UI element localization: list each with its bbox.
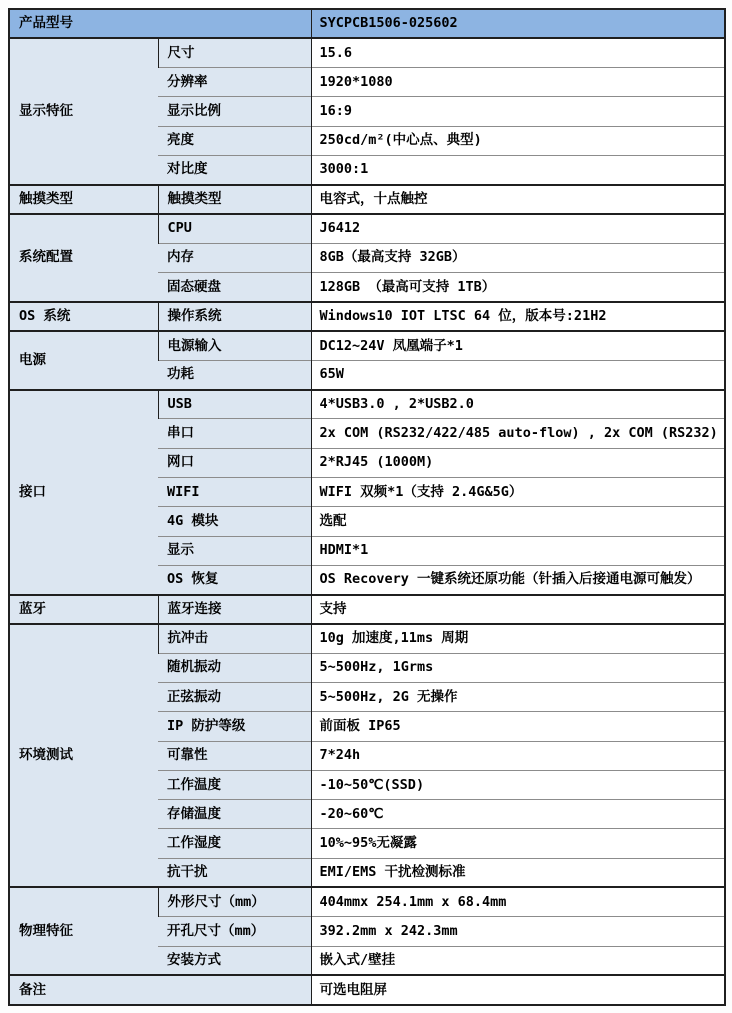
spec-name-cell: 开孔尺寸（mm）: [158, 917, 311, 946]
spec-value-cell: 1920*1080: [311, 68, 725, 97]
spec-name-cell: 尺寸: [158, 38, 311, 67]
spec-name-cell: 抗干扰: [158, 858, 311, 887]
category-cell: 显示特征: [9, 38, 158, 184]
spec-row: OS 系统操作系统Windows10 IOT LTSC 64 位，版本号:21H…: [9, 302, 725, 331]
spec-value-cell: 10%~95%无凝露: [311, 829, 725, 858]
spec-value-cell: 支持: [311, 595, 725, 624]
category-cell: 触摸类型: [9, 185, 158, 214]
spec-value-cell: 2*RJ45 (1000M): [311, 448, 725, 477]
product-model-label: 产品型号: [9, 9, 311, 38]
spec-value-cell: 15.6: [311, 38, 725, 67]
spec-name-cell: 可靠性: [158, 741, 311, 770]
spec-row: 蓝牙蓝牙连接支持: [9, 595, 725, 624]
spec-value-cell: 5~500Hz, 2G 无操作: [311, 682, 725, 711]
spec-name-cell: 亮度: [158, 126, 311, 155]
spec-value-cell: WIFI 双频*1（支持 2.4G&5G）: [311, 478, 725, 507]
spec-value-cell: HDMI*1: [311, 536, 725, 565]
spec-row: 触摸类型触摸类型电容式，十点触控: [9, 185, 725, 214]
spec-name-cell: 分辨率: [158, 68, 311, 97]
spec-value-cell: 392.2mm x 242.3mm: [311, 917, 725, 946]
spec-name-cell: 显示比例: [158, 97, 311, 126]
spec-name-cell: 对比度: [158, 155, 311, 184]
spec-name-cell: CPU: [158, 214, 311, 243]
spec-value-cell: 250cd/m²(中心点、典型): [311, 126, 725, 155]
spec-value-cell: 8GB（最高支持 32GB）: [311, 243, 725, 272]
spec-value-cell: OS Recovery 一键系统还原功能（针插入后接通电源可触发）: [311, 565, 725, 594]
spec-name-cell: 触摸类型: [158, 185, 311, 214]
spec-name-cell: 正弦振动: [158, 682, 311, 711]
spec-value-cell: 电容式，十点触控: [311, 185, 725, 214]
spec-row: 电源电源输入DC12~24V 凤凰端子*1: [9, 331, 725, 360]
spec-name-cell: WIFI: [158, 478, 311, 507]
category-cell: 物理特征: [9, 887, 158, 975]
spec-value-cell: 128GB （最高可支持 1TB）: [311, 273, 725, 302]
spec-name-cell: 随机振动: [158, 653, 311, 682]
spec-name-cell: 串口: [158, 419, 311, 448]
spec-name-cell: 工作湿度: [158, 829, 311, 858]
spec-value-cell: 65W: [311, 360, 725, 389]
spec-name-cell: 蓝牙连接: [158, 595, 311, 624]
spec-name-cell: 存储温度: [158, 800, 311, 829]
remark-row: 备注可选电阻屏: [9, 975, 725, 1005]
spec-table: 产品型号SYCPCB1506-025602显示特征尺寸15.6分辨率1920*1…: [8, 8, 726, 1006]
category-cell: 环境测试: [9, 624, 158, 888]
spec-name-cell: 抗冲击: [158, 624, 311, 653]
spec-value-cell: EMI/EMS 干扰检测标准: [311, 858, 725, 887]
spec-value-cell: 5~500Hz, 1Grms: [311, 653, 725, 682]
product-model-value: SYCPCB1506-025602: [311, 9, 725, 38]
spec-name-cell: USB: [158, 390, 311, 419]
spec-name-cell: 工作温度: [158, 770, 311, 799]
spec-value-cell: 嵌入式/壁挂: [311, 946, 725, 975]
spec-row: 物理特征外形尺寸（mm）404mmx 254.1mm x 68.4mm: [9, 887, 725, 916]
spec-value-cell: 404mmx 254.1mm x 68.4mm: [311, 887, 725, 916]
category-cell: 蓝牙: [9, 595, 158, 624]
spec-name-cell: 操作系统: [158, 302, 311, 331]
category-cell: OS 系统: [9, 302, 158, 331]
page: { "colors": { "header_bg": "#8db4e2", "l…: [0, 0, 732, 1013]
spec-row: 接口USB4*USB3.0 , 2*USB2.0: [9, 390, 725, 419]
spec-value-cell: 3000:1: [311, 155, 725, 184]
spec-row: 显示特征尺寸15.6: [9, 38, 725, 67]
spec-name-cell: 固态硬盘: [158, 273, 311, 302]
spec-name-cell: 网口: [158, 448, 311, 477]
category-cell: 系统配置: [9, 214, 158, 302]
spec-value-cell: 2x COM (RS232/422/485 auto-flow) , 2x CO…: [311, 419, 725, 448]
spec-name-cell: 安装方式: [158, 946, 311, 975]
spec-value-cell: 4*USB3.0 , 2*USB2.0: [311, 390, 725, 419]
spec-value-cell: 16:9: [311, 97, 725, 126]
product-model-row: 产品型号SYCPCB1506-025602: [9, 9, 725, 38]
spec-value-cell: Windows10 IOT LTSC 64 位，版本号:21H2: [311, 302, 725, 331]
remark-label: 备注: [9, 975, 311, 1005]
spec-name-cell: OS 恢复: [158, 565, 311, 594]
category-cell: 电源: [9, 331, 158, 390]
spec-name-cell: IP 防护等级: [158, 712, 311, 741]
spec-name-cell: 功耗: [158, 360, 311, 389]
spec-value-cell: 前面板 IP65: [311, 712, 725, 741]
spec-name-cell: 电源输入: [158, 331, 311, 360]
spec-name-cell: 内存: [158, 243, 311, 272]
spec-value-cell: 选配: [311, 507, 725, 536]
spec-table-body: 产品型号SYCPCB1506-025602显示特征尺寸15.6分辨率1920*1…: [9, 9, 725, 1005]
spec-value-cell: 7*24h: [311, 741, 725, 770]
spec-name-cell: 显示: [158, 536, 311, 565]
spec-value-cell: J6412: [311, 214, 725, 243]
spec-value-cell: DC12~24V 凤凰端子*1: [311, 331, 725, 360]
spec-value-cell: -20~60℃: [311, 800, 725, 829]
spec-row: 环境测试抗冲击10g 加速度,11ms 周期: [9, 624, 725, 653]
spec-sheet: 产品型号SYCPCB1506-025602显示特征尺寸15.6分辨率1920*1…: [8, 8, 724, 1006]
spec-name-cell: 外形尺寸（mm）: [158, 887, 311, 916]
spec-value-cell: -10~50℃(SSD): [311, 770, 725, 799]
spec-name-cell: 4G 模块: [158, 507, 311, 536]
remark-value: 可选电阻屏: [311, 975, 725, 1005]
spec-row: 系统配置CPUJ6412: [9, 214, 725, 243]
spec-value-cell: 10g 加速度,11ms 周期: [311, 624, 725, 653]
category-cell: 接口: [9, 390, 158, 595]
